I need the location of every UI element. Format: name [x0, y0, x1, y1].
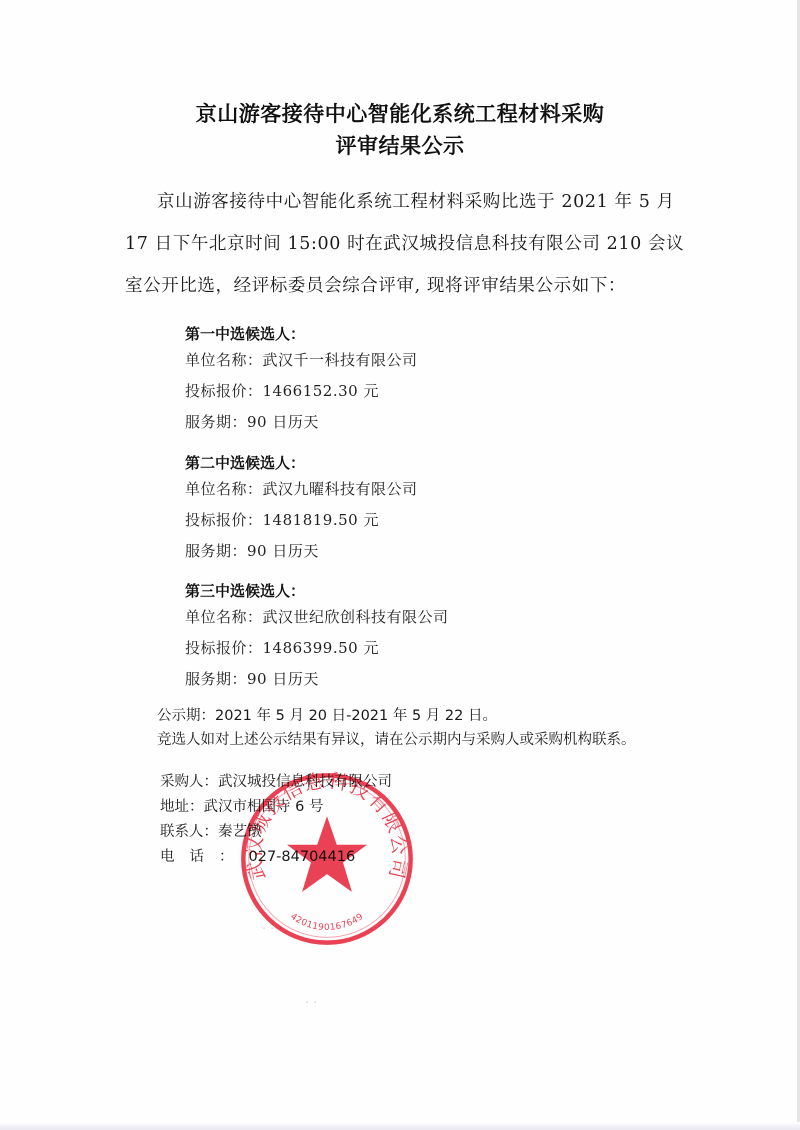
- purchaser-name: 武汉城投信息科技有限公司: [218, 774, 392, 790]
- candidate-unit: 单位名称：武汉千一科技有限公司: [185, 345, 418, 376]
- candidate-heading: 第一中选候选人：: [185, 323, 418, 345]
- candidate-service: 服务期：90 日历天: [185, 407, 418, 438]
- purchaser-line: 采购人：武汉城投信息科技有限公司: [160, 770, 392, 795]
- faint-bleed-through: · ·: [305, 996, 317, 1011]
- price-value: 1486399.50 元: [263, 639, 379, 657]
- service-label: 服务期：: [185, 670, 247, 688]
- contact-person-label: 联系人：: [160, 820, 218, 845]
- objection-note: 竞选人如对上述公示结果有异议，请在公示期内与采购人或采购机构联系。: [157, 728, 636, 749]
- intro-paragraph-line: 京山游客接待中心智能化系统工程材料采购比选于 2021 年 5 月: [157, 188, 675, 213]
- contact-person-name: 秦艺镦: [218, 824, 262, 840]
- address-line: 地址：武汉市相国寺 6 号: [160, 795, 392, 820]
- intro-paragraph-line: 室公开比选，经评标委员会综合评审, 现将评审结果公示如下：: [125, 272, 626, 297]
- unit-name: 武汉千一科技有限公司: [263, 351, 418, 369]
- price-value: 1481819.50 元: [263, 511, 379, 529]
- contact-block: 采购人：武汉城投信息科技有限公司 地址：武汉市相国寺 6 号 联系人：秦艺镦 电…: [160, 770, 392, 870]
- candidate-block-3: 第三中选候选人： 单位名称：武汉世纪欣创科技有限公司 投标报价：1486399.…: [185, 580, 449, 695]
- candidate-unit: 单位名称：武汉世纪欣创科技有限公司: [185, 602, 449, 633]
- candidate-price: 投标报价：1486399.50 元: [185, 633, 449, 664]
- address-label: 地址：: [160, 795, 204, 820]
- faint-bleed-through: · · ·: [262, 922, 283, 937]
- seal-number: 4201190167649: [288, 912, 365, 933]
- candidate-block-1: 第一中选候选人： 单位名称：武汉千一科技有限公司 投标报价：1466152.30…: [185, 323, 418, 438]
- unit-name: 武汉九曜科技有限公司: [263, 480, 418, 498]
- service-label: 服务期：: [185, 542, 247, 560]
- phone-line: 电话：027-84704416: [160, 845, 392, 870]
- unit-name: 武汉世纪欣创科技有限公司: [263, 608, 449, 626]
- candidate-unit: 单位名称：武汉九曜科技有限公司: [185, 474, 418, 505]
- notice-period: 公示期：2021 年 5 月 20 日-2021 年 5 月 22 日。: [157, 704, 497, 725]
- phone-number: 027-84704416: [249, 849, 356, 865]
- service-period: 90 日历天: [247, 413, 319, 431]
- unit-label: 单位名称：: [185, 480, 263, 498]
- candidate-service: 服务期：90 日历天: [185, 664, 449, 695]
- candidate-service: 服务期：90 日历天: [185, 536, 418, 567]
- service-period: 90 日历天: [247, 670, 319, 688]
- phone-label: 电话：: [160, 845, 249, 870]
- address-value: 武汉市相国寺 6 号: [204, 799, 324, 815]
- unit-label: 单位名称：: [185, 351, 263, 369]
- intro-paragraph-line: 17 日下午北京时间 15:00 时在武汉城投信息科技有限公司 210 会议: [125, 230, 684, 255]
- candidate-heading: 第三中选候选人：: [185, 580, 449, 602]
- page-edge: [0, 1122, 800, 1130]
- svg-text:4201190167649: 4201190167649: [288, 912, 365, 933]
- purchaser-label: 采购人：: [160, 770, 218, 795]
- contact-person-line: 联系人：秦艺镦: [160, 820, 392, 845]
- candidate-block-2: 第二中选候选人： 单位名称：武汉九曜科技有限公司 投标报价：1481819.50…: [185, 452, 418, 567]
- candidate-price: 投标报价：1481819.50 元: [185, 505, 418, 536]
- service-period: 90 日历天: [247, 542, 319, 560]
- price-label: 投标报价：: [185, 382, 263, 400]
- document-page: 京山游客接待中心智能化系统工程材料采购 评审结果公示 京山游客接待中心智能化系统…: [0, 0, 800, 1130]
- candidate-price: 投标报价：1466152.30 元: [185, 376, 418, 407]
- price-value: 1466152.30 元: [263, 382, 379, 400]
- price-label: 投标报价：: [185, 511, 263, 529]
- document-subtitle: 评审结果公示: [0, 130, 800, 160]
- document-title: 京山游客接待中心智能化系统工程材料采购: [0, 98, 800, 128]
- candidate-heading: 第二中选候选人：: [185, 452, 418, 474]
- service-label: 服务期：: [185, 413, 247, 431]
- price-label: 投标报价：: [185, 639, 263, 657]
- unit-label: 单位名称：: [185, 608, 263, 626]
